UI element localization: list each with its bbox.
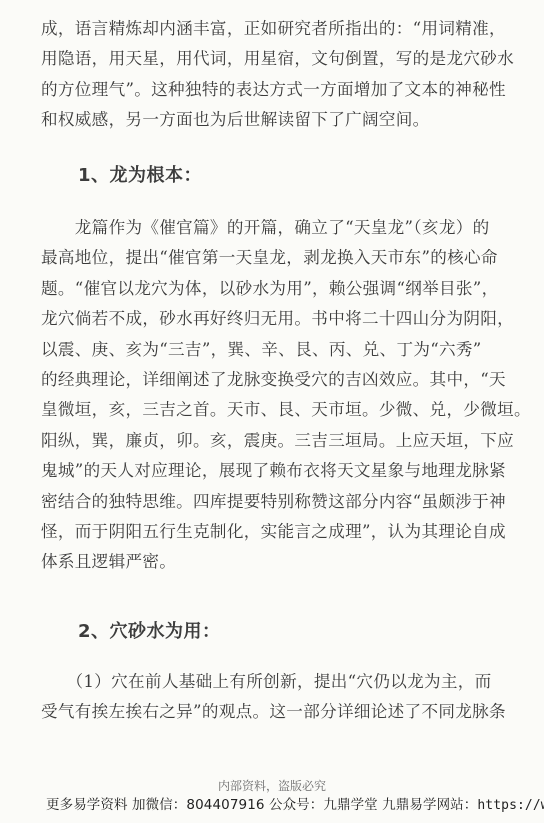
text-line: （1）穴在前人基础上有所创新，提出“穴仍以龙为主，而 bbox=[41, 667, 504, 697]
text-line: 怪，而于阴阳五行生克制化，实能言之成理”，认为其理论自成 bbox=[41, 517, 504, 547]
footer-ad-url[interactable]: https://www. bbox=[477, 798, 544, 813]
text-line: 和权威感，另一方面也为后世解读留下了广阔空间。 bbox=[41, 105, 504, 135]
text-line: 龙穴倘若不成，砂水再好终归无用。书中将二十四山分为阴阳， bbox=[41, 304, 504, 334]
text-line: 题。“催官以龙穴为体，以砂水为用”，赖公强调“纲举目张”， bbox=[41, 274, 504, 304]
text-line: 阳纵，巽，廉贞，卯。亥，震庚。三吉三垣局。上应天垣，下应 bbox=[41, 426, 504, 456]
section-2-paragraph: （1）穴在前人基础上有所创新，提出“穴仍以龙为主，而 受气有挨左挨右之异”的观点… bbox=[41, 667, 504, 728]
text-line: 成，语言精炼却内涵丰富，正如研究者所指出的：“用词精准， bbox=[41, 14, 504, 44]
text-line: 受气有挨左挨右之异”的观点。这一部分详细论述了不同龙脉条 bbox=[41, 697, 504, 727]
intro-paragraph: 成，语言精炼却内涵丰富，正如研究者所指出的：“用词精准， 用隐语，用天星，用代词… bbox=[41, 14, 504, 136]
text-line: 皇微垣，亥，三吉之首。天市、艮、天市垣。少微、兑，少微垣。 bbox=[41, 395, 504, 425]
section-2-heading: 2、穴砂水为用： bbox=[78, 617, 221, 643]
section-1-paragraph: 龙篇作为《催官篇》的开篇，确立了“天皇龙”（亥龙）的 最高地位，提出“催官第一天… bbox=[41, 213, 504, 578]
footer-copyright-note: 内部资料，盗版必究 bbox=[0, 777, 544, 794]
footer-advertisement: 更多易学资料 加微信：804407916 公众号：九鼎学堂 九鼎易学网站：htt… bbox=[46, 793, 544, 813]
text-line: 密结合的独特思维。四库提要特别称赞这部分内容“虽颇涉于神 bbox=[41, 487, 504, 517]
text-line: 鬼城”的天人对应理论，展现了赖布衣将天文星象与地理龙脉紧 bbox=[41, 456, 504, 486]
text-line: 体系且逻辑严密。 bbox=[41, 547, 504, 577]
text-line: 以震、庚、亥为“三吉”，巽、辛、艮、丙、兑、丁为“六秀” bbox=[41, 335, 504, 365]
text-line: 的方位理气”。这种独特的表达方式一方面增加了文本的神秘性 bbox=[41, 75, 504, 105]
text-line: 最高地位，提出“催官第一天皇龙，剥龙换入天市东”的核心命 bbox=[41, 243, 504, 273]
footer-ad-text: 更多易学资料 加微信：804407916 公众号：九鼎学堂 九鼎易学网站： bbox=[46, 797, 477, 813]
document-page: 成，语言精炼却内涵丰富，正如研究者所指出的：“用词精准， 用隐语，用天星，用代词… bbox=[0, 0, 544, 823]
text-line: 的经典理论，详细阐述了龙脉变换受穴的吉凶效应。其中，“天 bbox=[41, 365, 504, 395]
text-line: 龙篇作为《催官篇》的开篇，确立了“天皇龙”（亥龙）的 bbox=[41, 213, 504, 243]
section-1-heading: 1、龙为根本： bbox=[78, 161, 202, 187]
text-line: 用隐语，用天星，用代词，用星宿，文句倒置，写的是龙穴砂水 bbox=[41, 44, 504, 74]
